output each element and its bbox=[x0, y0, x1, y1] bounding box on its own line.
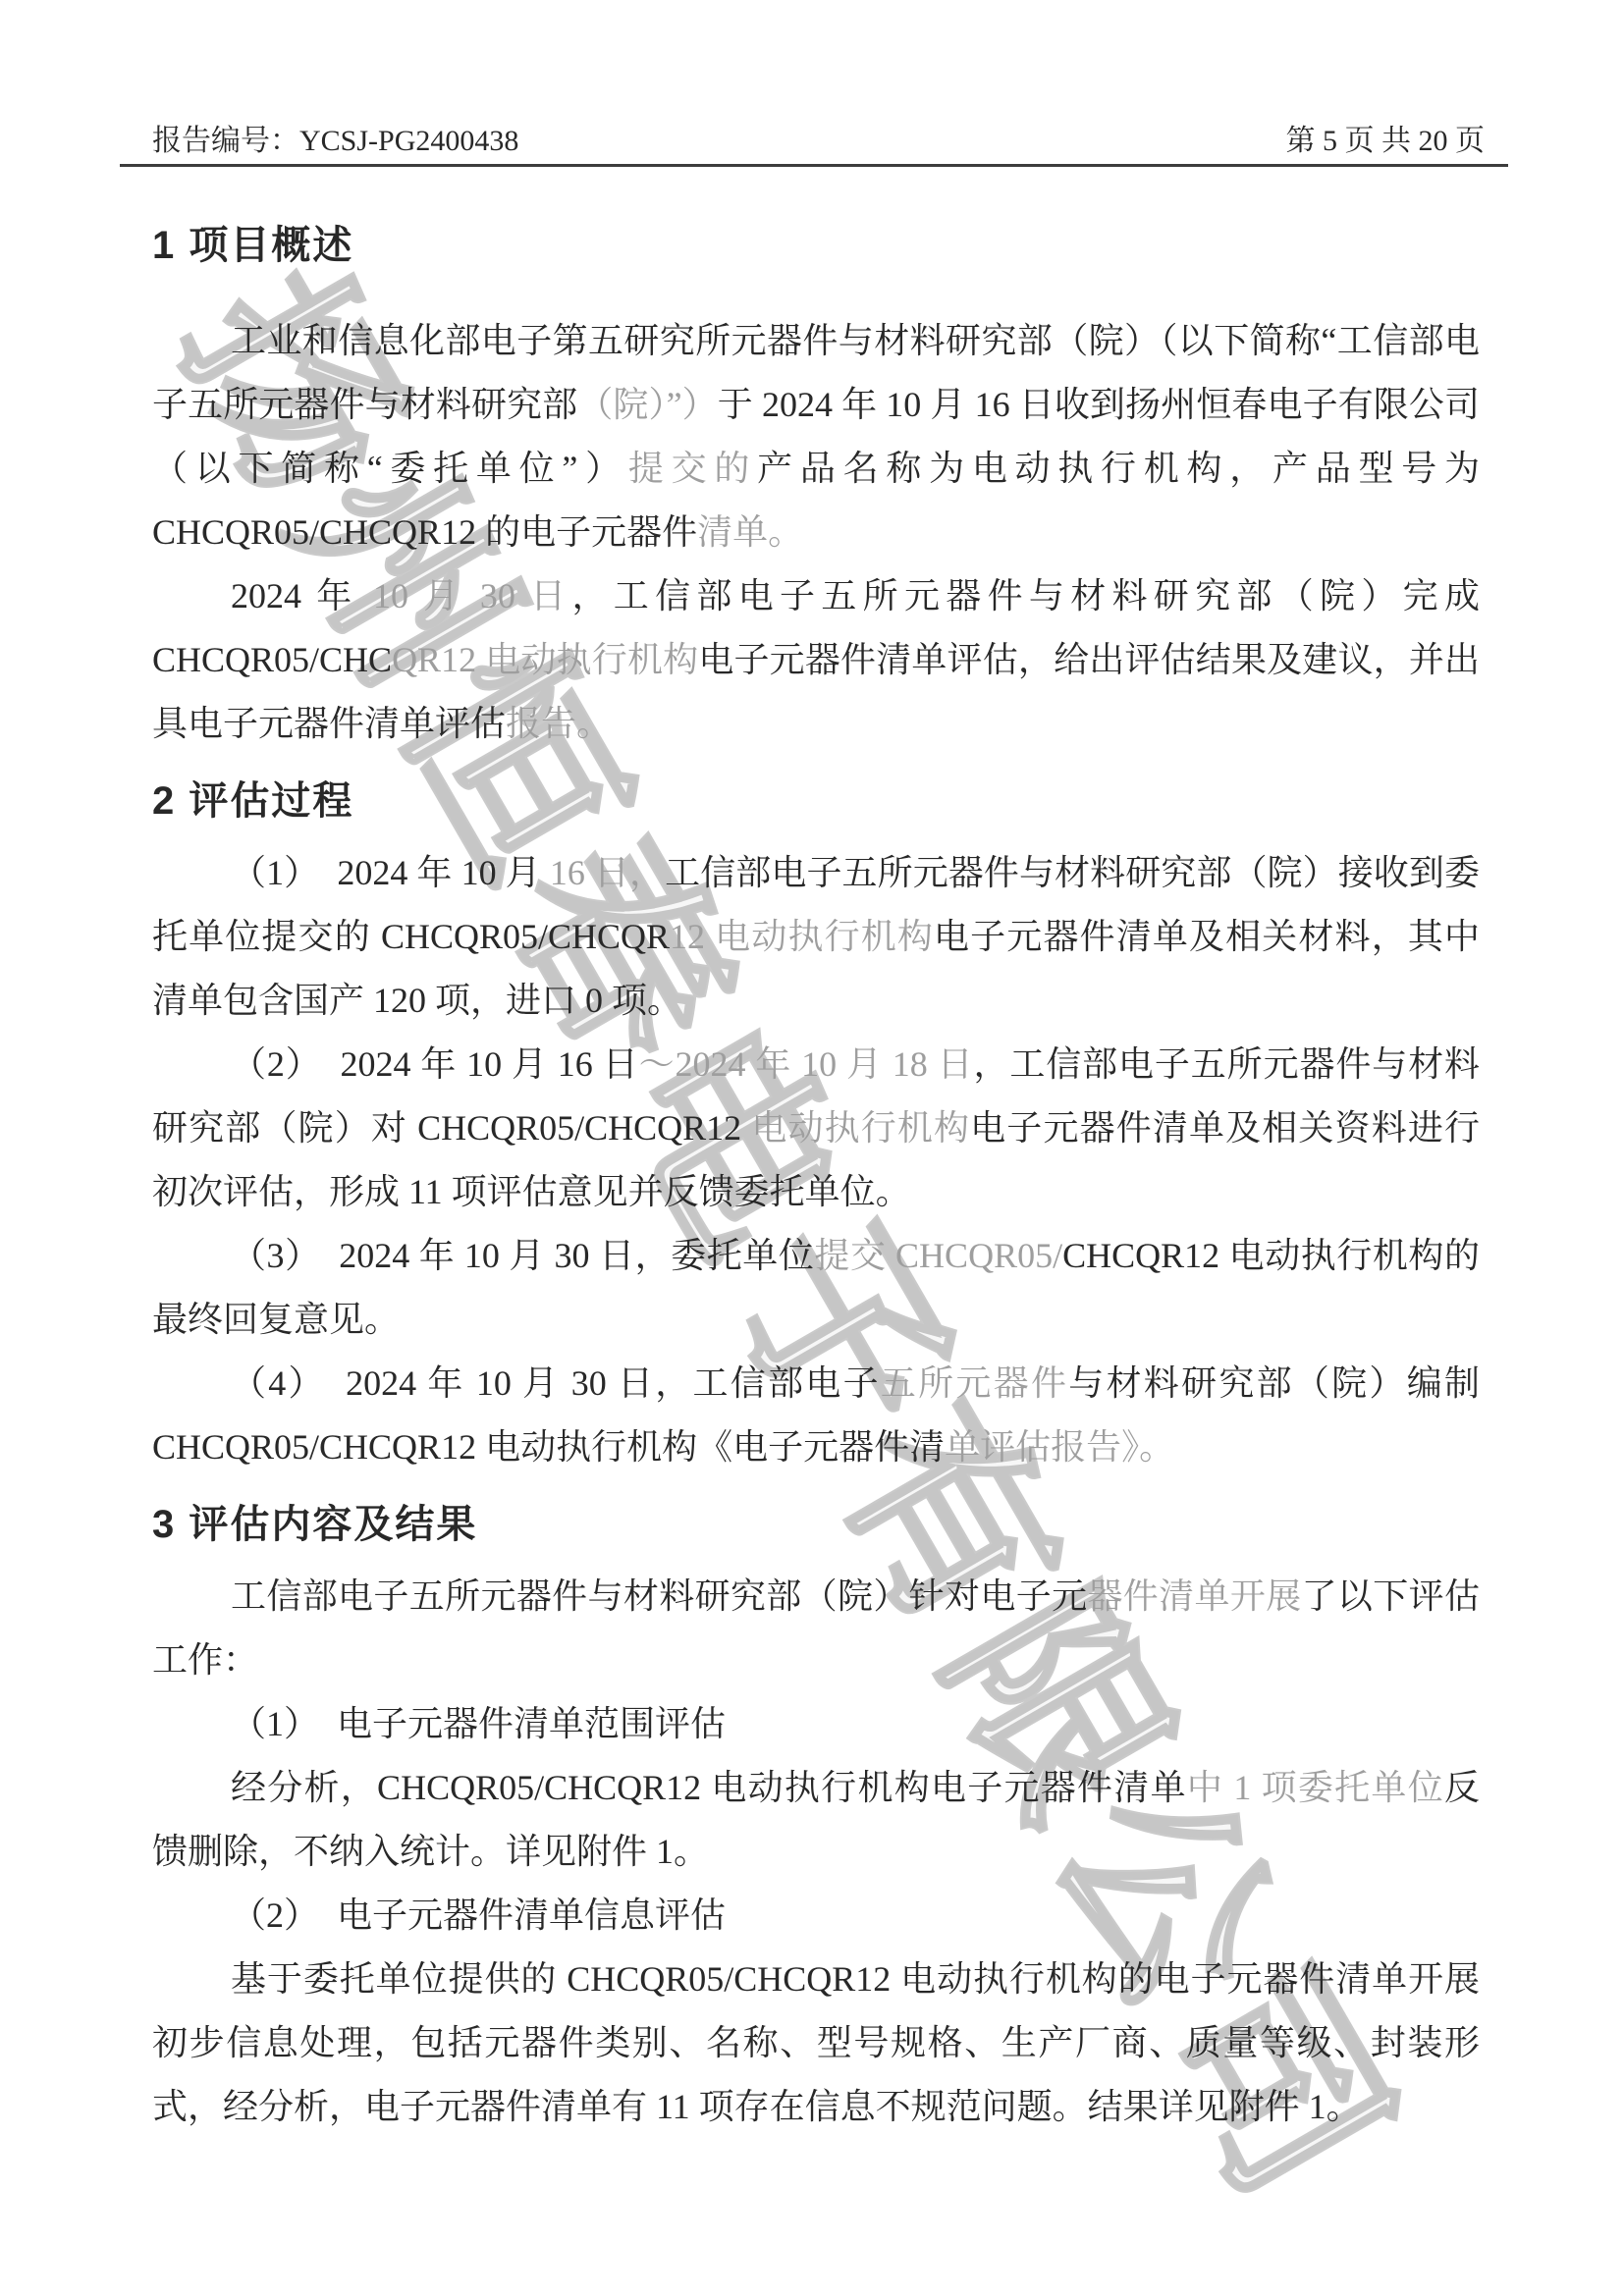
text-run-faded: 报告。 bbox=[506, 704, 612, 743]
paragraph: （3） 2024 年 10 月 30 日，委托单位提交 CHCQR05/CHCQ… bbox=[152, 1224, 1480, 1352]
text-run: （1） 电子元器件清单范围评估 bbox=[231, 1704, 726, 1743]
section: 1 项目概述工业和信息化部电子第五研究所元器件与材料研究部（院）（以下简称“工信… bbox=[152, 214, 1480, 756]
text-run: （4） 2024 年 10 月 30 日，工信部电子 bbox=[231, 1363, 881, 1403]
paragraph: （2） 电子元器件清单信息评估 bbox=[152, 1884, 1480, 1948]
document-page: 报告编号：YCSJ-PG2400438 第 5 页 共 20 页 扬州恒春电子有… bbox=[0, 0, 1624, 2296]
text-run-faded: 提交的 bbox=[628, 449, 757, 488]
text-run: （2） 2024 年 10 月 16 日 bbox=[231, 1044, 639, 1084]
text-run-faded: 电动执行机构 bbox=[751, 1108, 970, 1148]
section-heading: 1 项目概述 bbox=[152, 214, 1480, 278]
text-run: 基于委托单位提供的 CHCQR05/CHCQR12 电动执行机构的电子元器件清单… bbox=[152, 1959, 1480, 2126]
paragraph: （4） 2024 年 10 月 30 日，工信部电子五所元器件与材料研究部（院）… bbox=[152, 1352, 1480, 1479]
paragraph: 基于委托单位提供的 CHCQR05/CHCQR12 电动执行机构的电子元器件清单… bbox=[152, 1948, 1480, 2139]
paragraph: （1） 2024 年 10 月 16 日，工信部电子五所元器件与材料研究部（院）… bbox=[152, 841, 1480, 1033]
text-run-faded: 器件清单开展 bbox=[1087, 1576, 1301, 1616]
text-run: 2024 年 bbox=[231, 576, 373, 615]
paragraph: 工业和信息化部电子第五研究所元器件与材料研究部（院）（以下简称“工信部电子五所元… bbox=[152, 309, 1480, 564]
text-run-faded: 16 日， bbox=[550, 853, 665, 892]
text-run: 经分析，CHCQR05/CHCQR12 电动执行机构电子元器件清单 bbox=[231, 1768, 1187, 1807]
text-run-faded: 12 电动执行机构 bbox=[670, 917, 934, 956]
text-run-faded: 提交 CHCQR05/ bbox=[814, 1236, 1062, 1275]
section: 2 评估过程（1） 2024 年 10 月 16 日，工信部电子五所元器件与材料… bbox=[152, 770, 1480, 1479]
page-indicator: 第 5 页 共 20 页 bbox=[1286, 124, 1486, 159]
section: 3 评估内容及结果工信部电子五所元器件与材料研究部（院）针对电子元器件清单开展了… bbox=[152, 1493, 1480, 2139]
text-run: （2） 电子元器件清单信息评估 bbox=[231, 1896, 726, 1935]
text-run: （1） 2024 年 10 月 bbox=[231, 853, 550, 892]
text-run-faded: 单评估报告》。 bbox=[945, 1427, 1174, 1467]
page-header: 报告编号：YCSJ-PG2400438 第 5 页 共 20 页 bbox=[152, 124, 1485, 159]
text-run-faded: QR12 电动执行机构 bbox=[392, 640, 698, 679]
text-run-faded: 中 1 项委托单位 bbox=[1187, 1768, 1444, 1807]
section-heading: 2 评估过程 bbox=[152, 770, 1480, 833]
header-rule bbox=[120, 164, 1508, 167]
text-run: （3） 2024 年 10 月 30 日，委托单位 bbox=[231, 1236, 814, 1275]
report-number: 报告编号：YCSJ-PG2400438 bbox=[152, 124, 518, 159]
text-run-faded: 清单。 bbox=[697, 512, 803, 552]
text-run-faded: （院）”） bbox=[577, 385, 718, 424]
paragraph: （1） 电子元器件清单范围评估 bbox=[152, 1692, 1480, 1756]
paragraph: 2024 年 10 月 30 日，工信部电子五所元器件与材料研究部（院）完成 C… bbox=[152, 564, 1480, 756]
text-run-faded: 五所元器件 bbox=[881, 1363, 1068, 1403]
section-heading: 3 评估内容及结果 bbox=[152, 1493, 1480, 1557]
text-run-faded: ～2024 年 10 月 18 日 bbox=[639, 1044, 974, 1084]
paragraph: 工信部电子五所元器件与材料研究部（院）针对电子元器件清单开展了以下评估工作： bbox=[152, 1565, 1480, 1692]
text-run-faded: 10 月 30 日 bbox=[373, 576, 572, 615]
paragraph: （2） 2024 年 10 月 16 日～2024 年 10 月 18 日，工信… bbox=[152, 1033, 1480, 1224]
text-run: 工信部电子五所元器件与材料研究部（院）针对电子元 bbox=[231, 1576, 1087, 1616]
document-body: 1 项目概述工业和信息化部电子第五研究所元器件与材料研究部（院）（以下简称“工信… bbox=[152, 168, 1480, 2139]
paragraph: 经分析，CHCQR05/CHCQR12 电动执行机构电子元器件清单中 1 项委托… bbox=[152, 1756, 1480, 1884]
text-run: 部（院）对 CHCQR05/CHCQR12 bbox=[225, 1108, 751, 1148]
